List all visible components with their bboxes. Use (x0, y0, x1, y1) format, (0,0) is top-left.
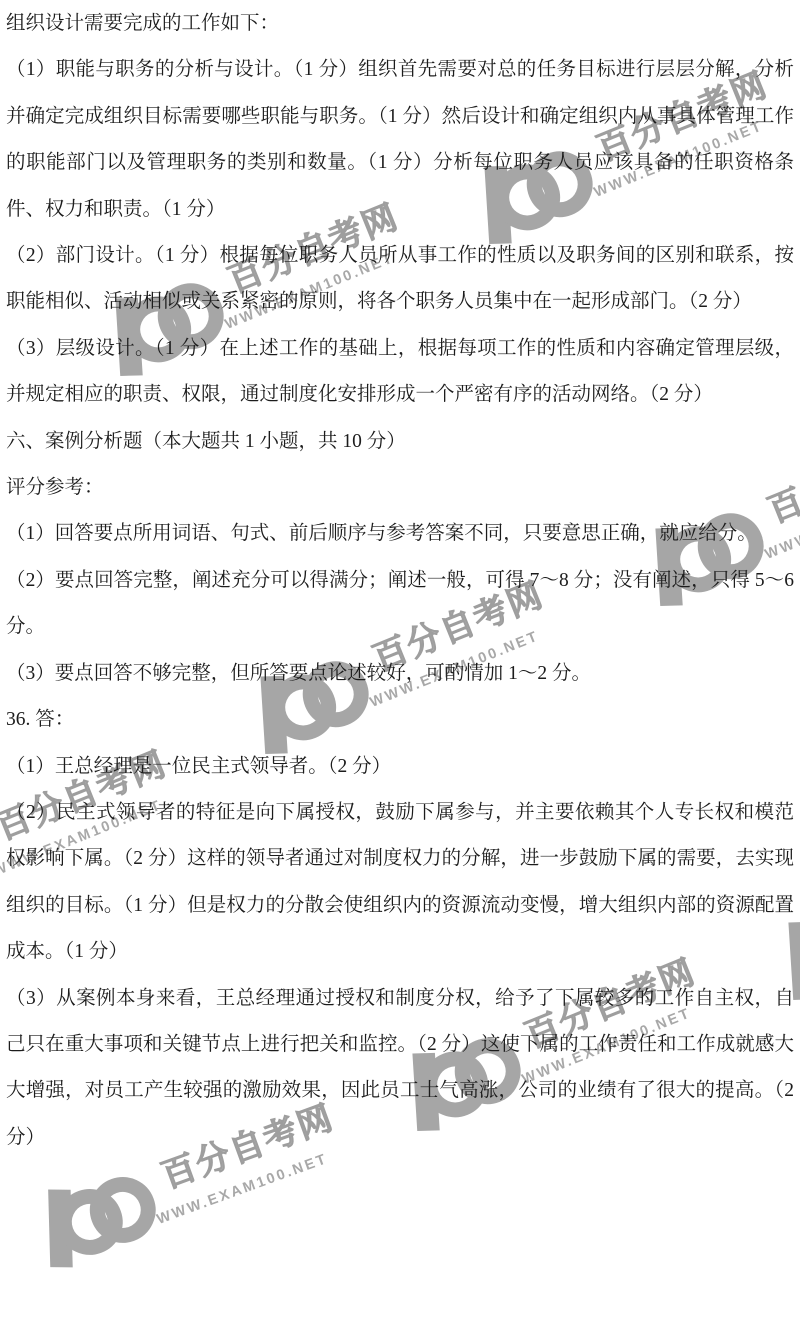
paragraph: （1）职能与职务的分析与设计。（1 分）组织首先需要对总的任务目标进行层层分解，… (6, 47, 794, 233)
paragraph: （3）要点回答不够完整，但所答要点论述较好，可酌情加 1～2 分。 (6, 651, 794, 697)
answer-sheet-text: 组织设计需要完成的工作如下：（1）职能与职务的分析与设计。（1 分）组织首先需要… (0, 0, 800, 1330)
paragraph: （2）部门设计。（1 分）根据每位职务人员所从事工作的性质以及职务间的区别和联系… (6, 233, 794, 326)
document-page: 百分自考网 WWW.EXAM100.NET 百分自考网 WWW.EXAM100.… (0, 0, 800, 1330)
paragraph: （2）要点回答完整，阐述充分可以得满分；阐述一般，可得 7～8 分；没有阐述，只… (6, 558, 794, 651)
paragraph: 组织设计需要完成的工作如下： (6, 1, 794, 47)
paragraph: （2）民主式领导者的特征是向下属授权，鼓励下属参与，并主要依赖其个人专长权和模范… (6, 790, 794, 976)
paragraph: 六、案例分析题（本大题共 1 小题，共 10 分） (6, 419, 794, 465)
paragraph: 36. 答： (6, 697, 794, 743)
paragraph: （1）回答要点所用词语、句式、前后顺序与参考答案不同，只要意思正确，就应给分。 (6, 511, 794, 557)
paragraph: （3）从案例本身来看，王总经理通过授权和制度分权，给予了下属较多的工作自主权，自… (6, 976, 794, 1162)
paragraph: 评分参考： (6, 465, 794, 511)
paragraph: （1）王总经理是一位民主式领导者。（2 分） (6, 744, 794, 790)
paragraph: （3）层级设计。（1 分）在上述工作的基础上，根据每项工作的性质和内容确定管理层… (6, 326, 794, 419)
